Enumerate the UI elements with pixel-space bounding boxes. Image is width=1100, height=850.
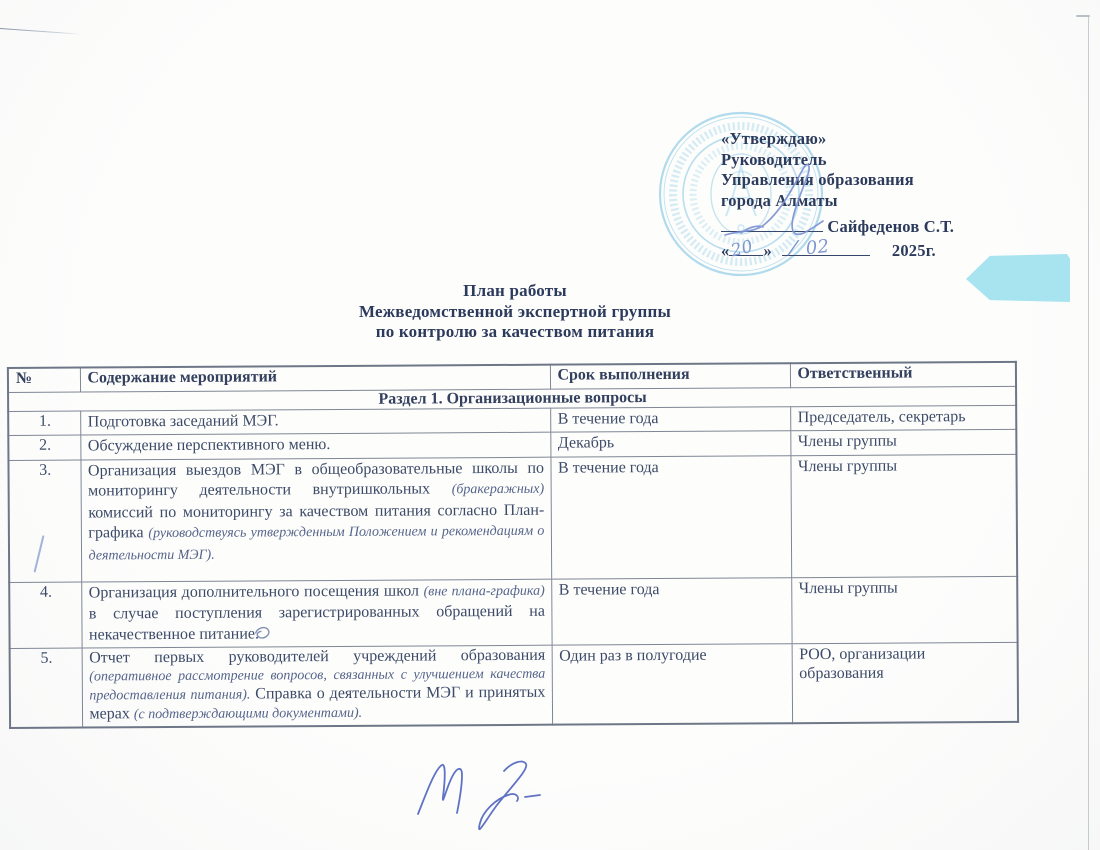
plan-table-container: № Содержание мероприятий Срок выполнения… <box>7 361 1019 729</box>
ink-blot <box>251 623 273 641</box>
row-responsible: Члены группы <box>790 429 1016 455</box>
content-text-italic: (бракеражных) <box>452 482 545 498</box>
row-number: 3. <box>8 460 81 582</box>
year-label: 2025г. <box>892 241 936 260</box>
cyan-arrow-marker <box>966 254 1070 302</box>
content-text: в случае поступления зарегистрированных … <box>89 603 545 643</box>
scanned-page: «Утверждаю» Руководитель Управления обра… <box>0 0 1100 850</box>
document-title: План работы Межведомственной экспертной … <box>55 281 975 343</box>
table-row: 4. Организация дополнительного посещения… <box>9 576 1017 649</box>
content-text-italic: (руководствуясь утвержденным Положением … <box>89 524 545 563</box>
plan-table: № Содержание мероприятий Срок выполнения… <box>7 361 1019 729</box>
table-row: 3. Организация выездов МЭГ в общеобразов… <box>8 454 1017 582</box>
row-term: В течение года <box>551 577 791 645</box>
scan-edge-hook <box>1076 15 1090 17</box>
approval-line: «Утверждаю» <box>721 129 1081 150</box>
approval-line: Руководитель <box>721 150 1081 171</box>
quote-close: » <box>763 241 771 260</box>
row-content: Отчет первых руководителей учреждений об… <box>82 645 552 727</box>
row-number: 4. <box>9 582 81 649</box>
title-line-3: по контролю за качеством питания <box>55 322 975 343</box>
col-header-term: Срок выполнения <box>550 363 790 388</box>
row-responsible: Председатель, секретарь <box>790 405 1016 431</box>
col-header-num: № <box>8 368 80 392</box>
handwritten-stroke: / <box>789 236 799 257</box>
row-content: Организация выездов МЭГ в общеобразовате… <box>80 457 551 582</box>
approval-line: Управления образования <box>721 170 1081 191</box>
table-row: 5. Отчет первых руководителей учреждений… <box>10 642 1018 728</box>
row-responsible: Члены группы <box>790 454 1017 577</box>
row-content: Подготовка заседаний МЭГ. <box>80 408 550 435</box>
handwritten-month: 02 <box>805 236 830 259</box>
row-term: В течение года <box>550 455 791 578</box>
quote-open: « <box>721 241 729 260</box>
day-blank: 20 <box>729 255 763 256</box>
row-number: 2. <box>8 435 80 460</box>
row-term: В течение года <box>550 406 790 432</box>
scan-artifact-line <box>0 28 82 35</box>
handwritten-day: 20 <box>729 236 755 261</box>
scan-edge-line <box>1088 16 1089 850</box>
row-content: Обсуждение перспективного меню. <box>80 432 550 459</box>
row-number: 5. <box>10 648 82 728</box>
row-number: 1. <box>8 411 80 436</box>
content-text: Обсуждение перспективного меню. <box>88 436 331 454</box>
approver-name: Сайфеденов С.Т. <box>827 217 954 236</box>
signature-line: Сайфеденов С.Т. <box>721 217 1081 238</box>
content-text: Подготовка заседаний МЭГ. <box>88 412 279 430</box>
col-header-resp: Ответственный <box>790 362 1016 387</box>
col-header-content: Содержание мероприятий <box>80 365 550 392</box>
signature-ink-bottom-icon <box>398 752 588 850</box>
row-responsible: Члены группы <box>791 576 1017 644</box>
row-content: Организация дополнительного посещения шк… <box>81 579 551 648</box>
row-responsible: РОО, организации образования <box>792 642 1018 723</box>
approval-line: города Алматы <box>721 191 1081 212</box>
content-text: Отчет первых руководителей учреждений об… <box>89 647 545 667</box>
signature-blank <box>721 231 823 232</box>
title-line-1: План работы <box>55 281 975 302</box>
row-term: Один раз в полугодие <box>552 644 792 725</box>
month-blank: /02 <box>782 255 870 256</box>
row-term: Декабрь <box>550 431 790 457</box>
content-text-italic: (с подтверждающими документами). <box>134 706 362 722</box>
content-text-italic: (вне плана-графика) <box>424 583 545 599</box>
title-line-2: Межведомственной экспертной группы <box>55 302 975 323</box>
content-text: Организация дополнительного посещения шк… <box>89 582 424 601</box>
approval-block: «Утверждаю» Руководитель Управления обра… <box>721 129 1081 261</box>
